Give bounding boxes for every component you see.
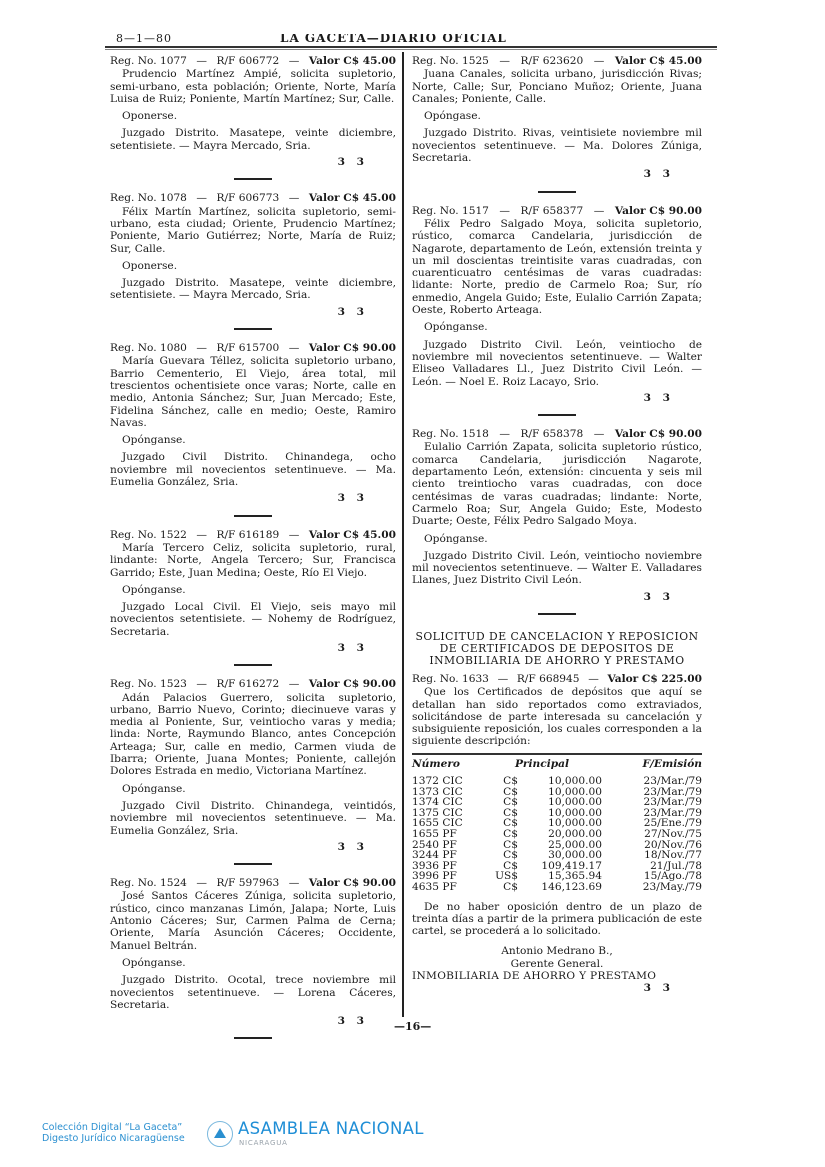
reg-line: Reg. No. 1080—R/F 615700—Valor C$ 90.00 (110, 342, 396, 354)
reg-line: Reg. No. 1524—R/F 597963—Valor C$ 90.00 (110, 877, 396, 889)
rf-number: R/F 606772 (217, 55, 280, 67)
legal-notice: Reg. No. 1522—R/F 616189—Valor C$ 45.00M… (110, 529, 396, 667)
reg-line: Reg. No. 1523—R/F 616272—Valor C$ 90.00 (110, 678, 396, 690)
notice-body: María Tercero Celiz, solicita supletorio… (110, 542, 396, 579)
rf-number: R/F 616272 (217, 678, 280, 690)
header-principal: Principal (482, 758, 602, 776)
notice-body: Eulalio Carrión Zapata, solicita supleto… (412, 441, 702, 527)
court-line: Juzgado Civil Distrito. Chinandega, ocho… (110, 451, 396, 488)
issue-marker: 3 3 (412, 392, 702, 404)
legal-notice: Reg. No. 1517—R/F 658377—Valor C$ 90.00F… (412, 205, 702, 416)
header-numero: Número (412, 758, 482, 776)
table-rule (412, 753, 702, 755)
institution-country: NICARAGUA (239, 1139, 288, 1147)
collection-label: Colección Digital “La Gaceta” Digesto Ju… (42, 1122, 212, 1144)
national-emblem-icon (207, 1121, 233, 1147)
court-line: Juzgado Distrito. Rivas, veintisiete nov… (412, 127, 702, 164)
cancellation-notice: SOLICITUD DE CANCELACION Y REPOSICION DE… (412, 631, 702, 995)
separator (538, 613, 576, 615)
signer-title: Gerente General. (412, 958, 702, 970)
legal-notice: Reg. No. 1518—R/F 658378—Valor C$ 90.00E… (412, 428, 702, 615)
separator (234, 1037, 272, 1039)
legal-notice: Reg. No. 1523—R/F 616272—Valor C$ 90.00A… (110, 678, 396, 865)
legal-notice: Reg. No. 1077—R/F 606772—Valor C$ 45.00P… (110, 55, 396, 180)
valor: Valor C$ 90.00 (615, 428, 702, 440)
rf-number: R/F 597963 (217, 877, 280, 889)
oppose-line: Opónganse. (412, 321, 702, 333)
notice-body: Félix Martín Martínez, solicita supletor… (110, 206, 396, 255)
reg-number: Reg. No. 1078 (110, 192, 187, 204)
legal-notice: Reg. No. 1078—R/F 606773—Valor C$ 45.00F… (110, 192, 396, 330)
header-rule (105, 46, 717, 48)
oppose-line: Opónganse. (110, 584, 396, 596)
cert-currency: C$ (482, 882, 522, 893)
oppose-line: Opónganse. (110, 783, 396, 795)
issue-marker: 3 3 (110, 1015, 396, 1027)
reg-number: Reg. No. 1524 (110, 877, 187, 889)
reg-line: Reg. No. 1077—R/F 606772—Valor C$ 45.00 (110, 55, 396, 67)
legal-notice: Reg. No. 1080—R/F 615700—Valor C$ 90.00M… (110, 342, 396, 517)
reg-number: Reg. No. 1523 (110, 678, 187, 690)
court-line: Juzgado Distrito. Masatepe, veinte dicie… (110, 277, 396, 302)
notice-body: María Guevara Téllez, solicita supletori… (110, 355, 396, 429)
rf-number: R/F 623620 (521, 55, 584, 67)
oppose-line: Opónganse. (110, 957, 396, 969)
issue-marker: 3 3 (110, 306, 396, 318)
header-emision: F/Emisión (602, 758, 702, 776)
left-column: Reg. No. 1077—R/F 606772—Valor C$ 45.00P… (110, 55, 396, 1051)
reg-line: Reg. No. 1078—R/F 606773—Valor C$ 45.00 (110, 192, 396, 204)
court-line: Juzgado Distrito. Ocotal, trece noviembr… (110, 974, 396, 1011)
organization-name: INMOBILIARIA DE AHORRO Y PRESTAMO (412, 970, 702, 982)
signer-name: Antonio Medrano B., (412, 945, 702, 957)
reg-number: Reg. No. 1077 (110, 55, 187, 67)
oppose-line: Opóngase. (412, 110, 702, 122)
rf-number: R/F 606773 (217, 192, 280, 204)
rf-number: R/F 615700 (217, 342, 280, 354)
reg-number: Reg. No. 1517 (412, 205, 489, 217)
issue-marker: 3 3 (110, 841, 396, 853)
oppose-line: Opónganse. (412, 533, 702, 545)
issue-marker: 3 3 (412, 591, 702, 603)
separator (234, 515, 272, 517)
reg-number: Reg. No. 1633 (412, 673, 489, 685)
separator (234, 863, 272, 865)
institution-name: ASAMBLEA NACIONAL (238, 1119, 424, 1138)
certificates-table: Número Principal F/Emisión 1372 CICC$10,… (412, 758, 702, 893)
reg-line: Reg. No. 1518—R/F 658378—Valor C$ 90.00 (412, 428, 702, 440)
separator (538, 414, 576, 416)
cert-date: 23/May./79 (602, 882, 702, 893)
valor: Valor C$ 45.00 (309, 55, 396, 67)
cancellation-intro: Que los Certificados de depósitos que aq… (412, 686, 702, 747)
notice-body: Adán Palacios Guerrero, solicita supleto… (110, 692, 396, 778)
court-line: Juzgado Local Civil. El Viejo, seis mayo… (110, 601, 396, 638)
header-cutoff (112, 26, 712, 34)
issue-marker: 3 3 (412, 168, 702, 180)
rf-number: R/F 616189 (217, 529, 280, 541)
table-header-row: Número Principal F/Emisión (412, 758, 702, 776)
reg-number: Reg. No. 1080 (110, 342, 187, 354)
column-divider (402, 52, 404, 1017)
separator (234, 664, 272, 666)
reg-number: Reg. No. 1525 (412, 55, 489, 67)
oppose-line: Oponerse. (110, 260, 396, 272)
valor: Valor C$ 225.00 (607, 673, 702, 685)
valor: Valor C$ 90.00 (309, 342, 396, 354)
court-line: Juzgado Distrito. Masatepe, veinte dicie… (110, 127, 396, 152)
page-number: —16— (394, 1020, 431, 1033)
header-rule-thin (105, 49, 717, 50)
valor: Valor C$ 45.00 (309, 192, 396, 204)
reg-line: Reg. No. 1517—R/F 658377—Valor C$ 90.00 (412, 205, 702, 217)
separator (234, 178, 272, 180)
right-column: Reg. No. 1525—R/F 623620—Valor C$ 45.00J… (412, 55, 702, 995)
collection-line-1: Colección Digital “La Gaceta” (42, 1122, 212, 1133)
cancellation-reg-line: Reg. No. 1633 — R/F 668945 — Valor C$ 22… (412, 673, 702, 685)
separator (234, 328, 272, 330)
valor: Valor C$ 45.00 (615, 55, 702, 67)
oppose-line: Opónganse. (110, 434, 396, 446)
valor: Valor C$ 90.00 (615, 205, 702, 217)
issue-marker: 3 3 (412, 982, 702, 994)
rf-number: R/F 658378 (521, 428, 584, 440)
legal-notice: Reg. No. 1524—R/F 597963—Valor C$ 90.00J… (110, 877, 396, 1039)
collection-line-2: Digesto Jurídico Nicaragüense (42, 1133, 212, 1144)
reg-line: Reg. No. 1525—R/F 623620—Valor C$ 45.00 (412, 55, 702, 67)
legal-notice: Reg. No. 1525—R/F 623620—Valor C$ 45.00J… (412, 55, 702, 193)
notice-body: Juana Canales, solicita urbano, jurisdic… (412, 68, 702, 105)
issue-marker: 3 3 (110, 156, 396, 168)
issue-marker: 3 3 (110, 492, 396, 504)
notice-body: Prudencio Martínez Ampié, solicita suple… (110, 68, 396, 105)
court-line: Juzgado Civil Distrito. Chinandega, vein… (110, 800, 396, 837)
rf-number: R/F 668945 (517, 673, 580, 685)
notice-body: José Santos Cáceres Zúniga, solicita sup… (110, 890, 396, 951)
cancellation-closing: De no haber oposición dentro de un plazo… (412, 901, 702, 938)
notice-body: Félix Pedro Salgado Moya, solicita suple… (412, 218, 702, 316)
reg-number: Reg. No. 1518 (412, 428, 489, 440)
valor: Valor C$ 90.00 (309, 877, 396, 889)
separator (538, 191, 576, 193)
court-line: Juzgado Distrito Civil. León, veintiocho… (412, 339, 702, 388)
reg-number: Reg. No. 1522 (110, 529, 187, 541)
cert-amount: 146,123.69 (522, 882, 602, 893)
right-notices: Reg. No. 1525—R/F 623620—Valor C$ 45.00J… (412, 55, 702, 615)
court-line: Juzgado Distrito Civil. León, veintiocho… (412, 550, 702, 587)
table-row: 4635 PFC$146,123.6923/May./79 (412, 882, 702, 893)
cancellation-title: SOLICITUD DE CANCELACION Y REPOSICION DE… (412, 631, 702, 667)
valor: Valor C$ 90.00 (309, 678, 396, 690)
cert-number: 4635 PF (412, 882, 482, 893)
reg-line: Reg. No. 1522—R/F 616189—Valor C$ 45.00 (110, 529, 396, 541)
valor: Valor C$ 45.00 (309, 529, 396, 541)
rf-number: R/F 658377 (521, 205, 584, 217)
oppose-line: Oponerse. (110, 110, 396, 122)
issue-marker: 3 3 (110, 642, 396, 654)
